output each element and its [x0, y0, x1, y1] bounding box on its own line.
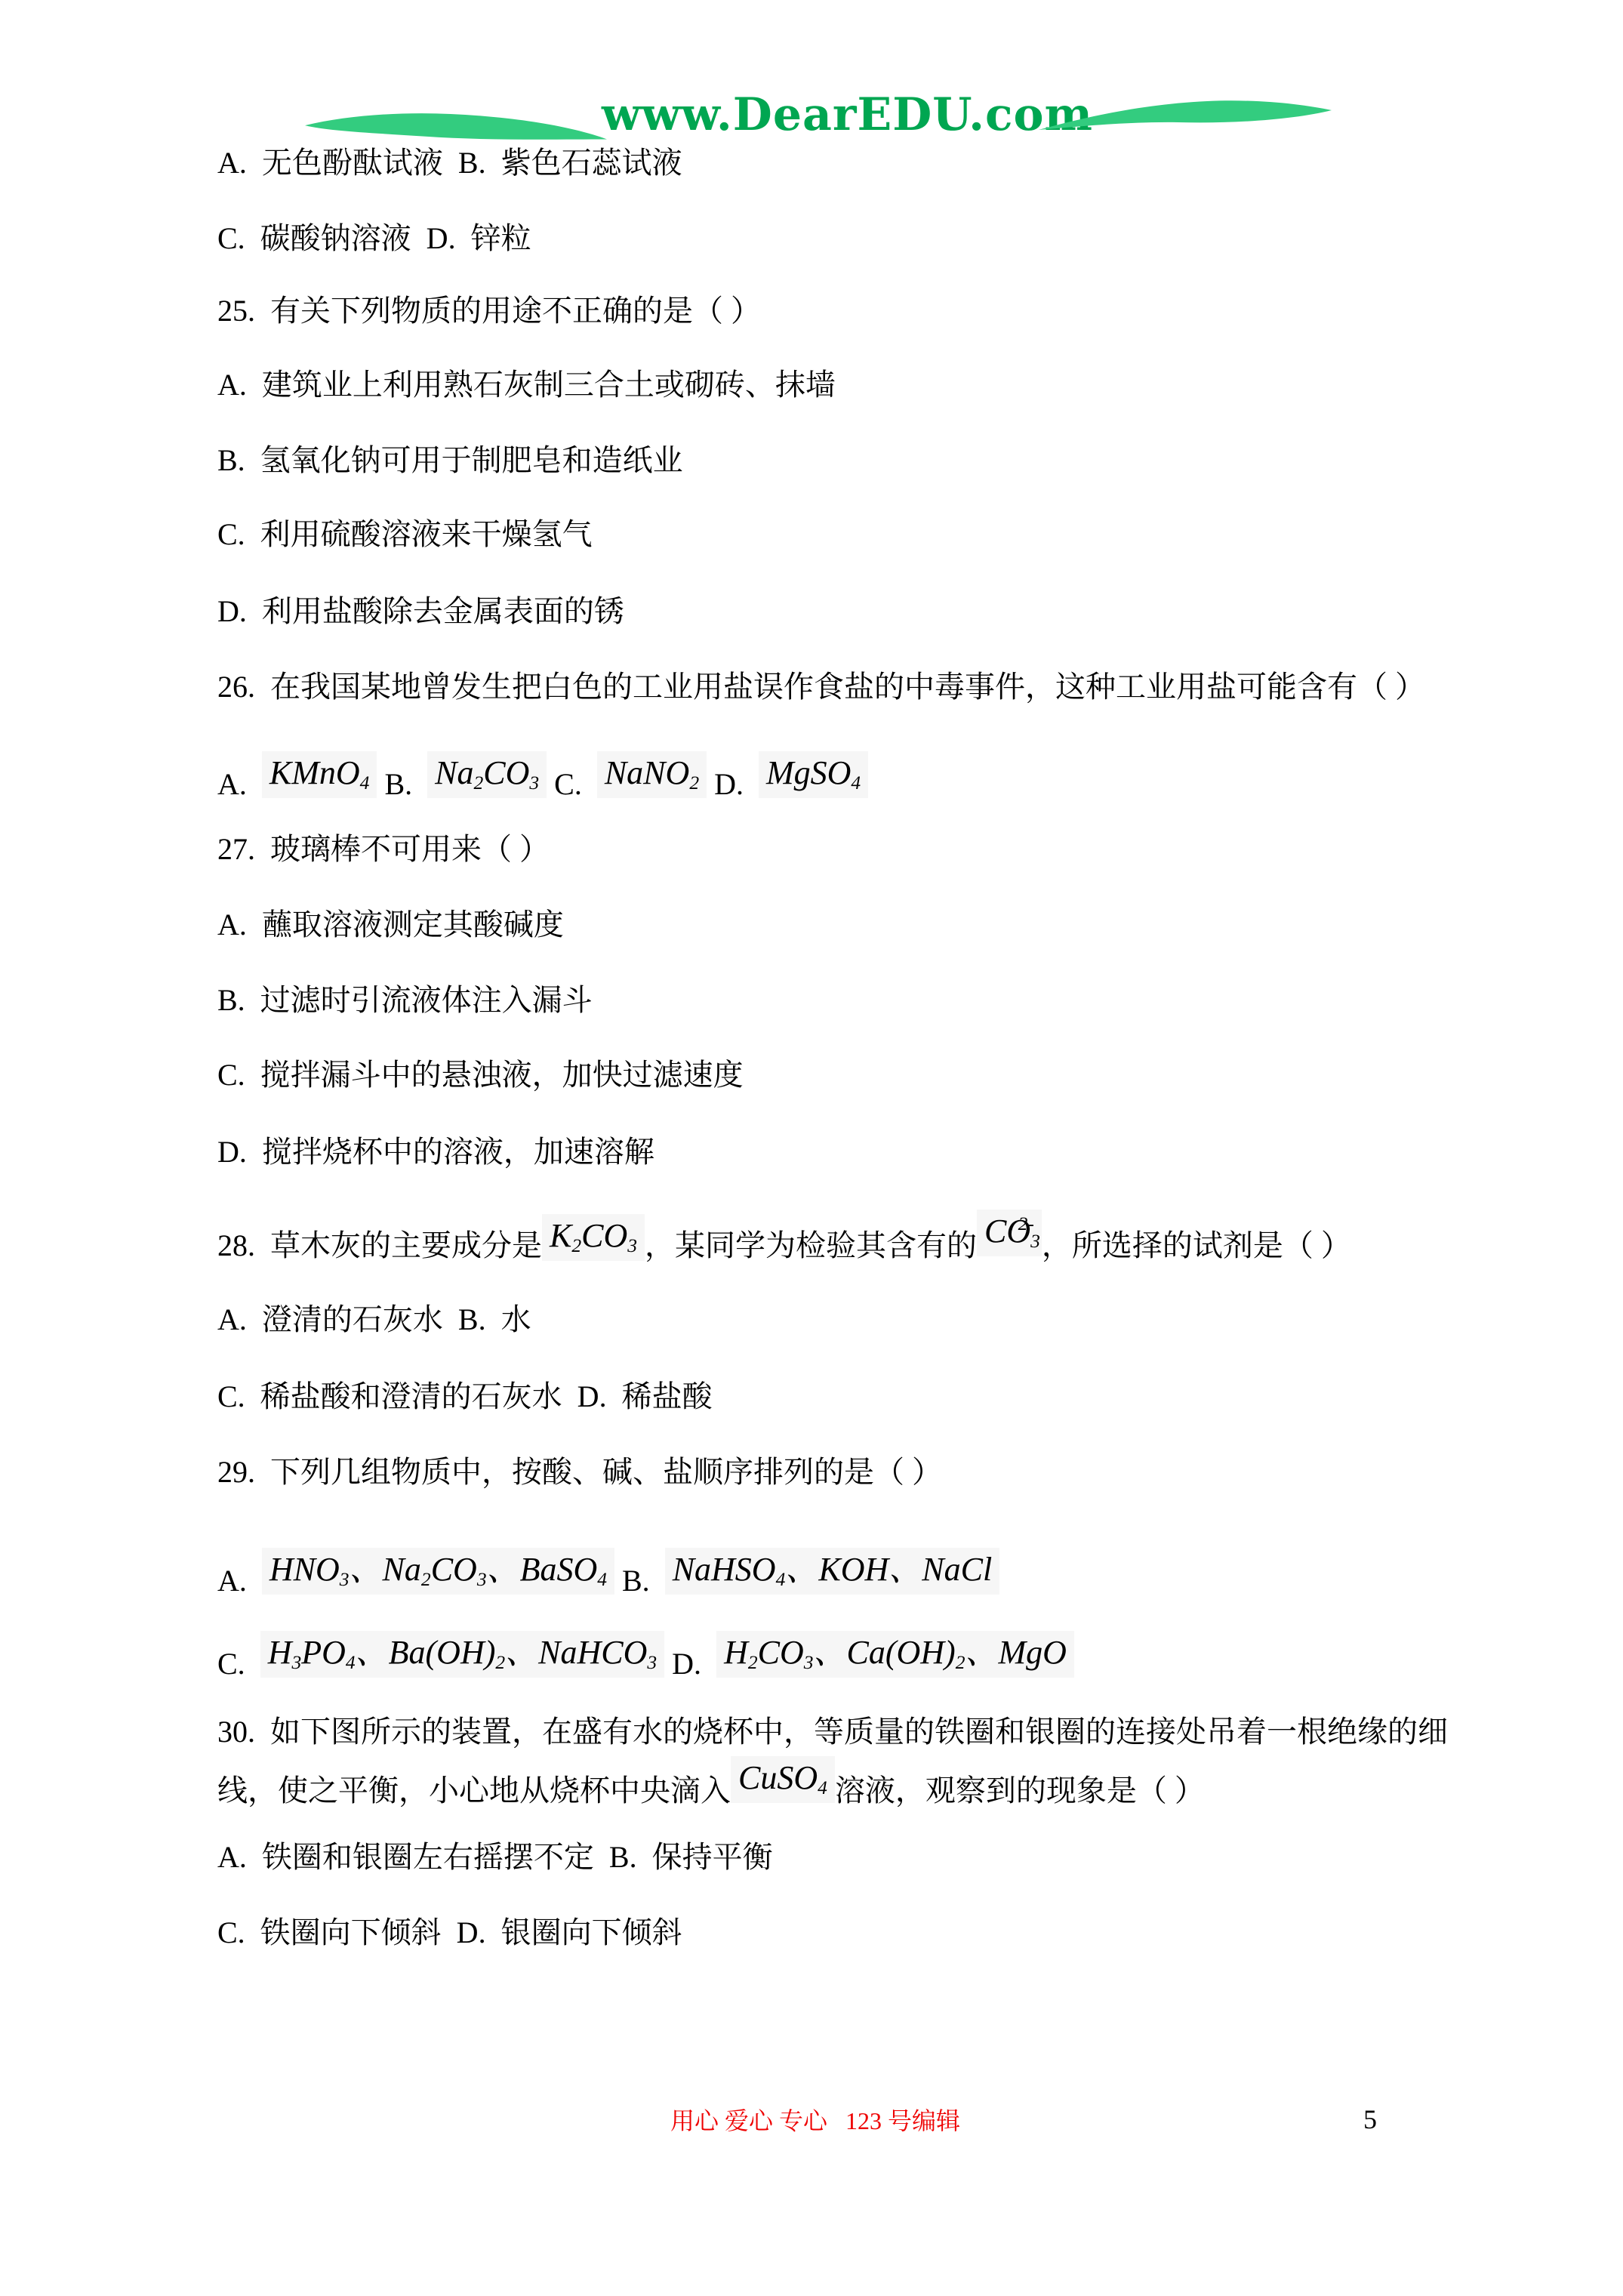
q28-options-ab: A. 澄清的石灰水 B. 水 [217, 1305, 531, 1335]
chem-formula: NaNO2 [597, 751, 707, 798]
q27-option-c: C. 搅拌漏斗中的悬浊液，加快过滤速度 [217, 1060, 744, 1090]
text-segment: 27. 玻璃棒不可用来（ ） [217, 832, 550, 866]
question-29: 29. 下列几组物质中，按酸、碱、盐顺序排列的是（ ） [217, 1457, 942, 1487]
text-segment: C. 稀盐酸和澄清的石灰水 D. 稀盐酸 [217, 1379, 713, 1413]
text-segment: B. [614, 1564, 665, 1598]
question-30: 30. 如下图所示的装置，在盛有水的烧杯中，等质量的铁圈和银圈的连接处吊着一根绝… [217, 1708, 1474, 1815]
chem-formula: Na2CO3 [427, 751, 547, 798]
text-segment: D. [664, 1647, 716, 1681]
document-page: www.DearEDU.com A. 无色酚酞试液 B. 紫色石蕊试液C. 碳酸… [0, 0, 1623, 2296]
chem-formula: CO32- [977, 1210, 1042, 1256]
dearedu-logo: www.DearEDU.com [0, 0, 1623, 166]
text-segment: C. 碳酸钠溶液 D. 锌粒 [217, 221, 531, 255]
chem-formula: NaHSO4、KOH、NaCl [665, 1548, 1000, 1595]
question-27: 27. 玻璃棒不可用来（ ） [217, 834, 550, 864]
text-segment: B. [377, 767, 427, 801]
logo-swoosh-right-icon [1039, 97, 1332, 134]
logo-swoosh-left-shape [305, 113, 607, 140]
text-segment: A. 建筑业上利用熟石灰制三合土或砌砖、抹墙 [217, 368, 836, 402]
text-segment: 28. 草木灰的主要成分是 [217, 1228, 542, 1262]
text-segment: A. 铁圈和银圈左右摇摆不定 B. 保持平衡 [217, 1840, 773, 1874]
text-segment: A. [217, 1564, 262, 1598]
text-segment: D. [707, 767, 759, 801]
q30-options-cd: C. 铁圈向下倾斜 D. 银圈向下倾斜 [217, 1918, 682, 1948]
chem-formula: CuSO4 [731, 1756, 835, 1803]
q25-option-a: A. 建筑业上利用熟石灰制三合土或砌砖、抹墙 [217, 370, 836, 400]
text-segment: D. 利用盐酸除去金属表面的锈 [217, 594, 624, 628]
logo-swoosh-right-shape [1039, 100, 1332, 130]
chem-formula: K2CO3 [542, 1214, 645, 1261]
text-segment: D. 搅拌烧杯中的溶液，加速溶解 [217, 1135, 654, 1169]
text-segment: 25. 有关下列物质的用途不正确的是（ ） [217, 294, 761, 328]
text-segment: A. [217, 767, 262, 801]
text-segment: B. 过滤时引流液体注入漏斗 [217, 983, 593, 1017]
q25-option-b: B. 氢氧化钠可用于制肥皂和造纸业 [217, 445, 683, 476]
q25-option-d: D. 利用盐酸除去金属表面的锈 [217, 596, 624, 627]
question-28: 28. 草木灰的主要成分是K2CO3，某同学为检验其含有的CO32-，所选择的试… [217, 1210, 1351, 1261]
text-segment: 溶液，观察到的现象是（ ） [835, 1774, 1205, 1808]
question-25: 25. 有关下列物质的用途不正确的是（ ） [217, 296, 761, 326]
q28-options-cd: C. 稀盐酸和澄清的石灰水 D. 稀盐酸 [217, 1382, 713, 1412]
text-segment: A. 无色酚酞试液 B. 紫色石蕊试液 [217, 146, 682, 180]
logo-text: www.DearEDU.com [602, 92, 1093, 137]
chem-formula: MgSO4 [759, 751, 868, 798]
chem-formula: HNO3、Na2CO3、BaSO4 [262, 1548, 614, 1595]
q30-options-ab: A. 铁圈和银圈左右摇摆不定 B. 保持平衡 [217, 1842, 773, 1872]
q29-options-ab: A. HNO3、Na2CO3、BaSO4 B. NaHSO4、KOH、NaCl [217, 1548, 999, 1596]
text-segment: C. 铁圈向下倾斜 D. 银圈向下倾斜 [217, 1915, 682, 1949]
text-segment: 29. 下列几组物质中，按酸、碱、盐顺序排列的是（ ） [217, 1455, 942, 1489]
chem-formula: KMnO4 [262, 751, 377, 798]
text-segment: C. [217, 1647, 260, 1681]
chem-formula: H2CO3、Ca(OH)2、MgO [716, 1631, 1074, 1678]
logo-swoosh-left-icon [305, 109, 607, 143]
page-number: 5 [1363, 2106, 1377, 2133]
text-segment: 26. 在我国某地曾发生把白色的工业用盐误作食盐的中毒事件，这种工业用盐可能含有… [217, 670, 1425, 704]
text-segment: B. 氢氧化钠可用于制肥皂和造纸业 [217, 443, 683, 477]
q26-options: A. KMnO4 B. Na2CO3 C. NaNO2 D. MgSO4 [217, 751, 868, 800]
text-segment: ，所选择的试剂是（ ） [1042, 1228, 1351, 1262]
text-segment: A. 澄清的石灰水 B. 水 [217, 1302, 531, 1336]
q29-options-cd: C. H3PO4、Ba(OH)2、NaHCO3 D. H2CO3、Ca(OH)2… [217, 1631, 1074, 1679]
text-segment: C. 利用硫酸溶液来干燥氢气 [217, 517, 593, 551]
q25-option-c: C. 利用硫酸溶液来干燥氢气 [217, 519, 593, 550]
chem-formula: H3PO4、Ba(OH)2、NaHCO3 [260, 1631, 664, 1678]
text-segment: ，某同学为检验其含有的 [645, 1228, 977, 1262]
options-line-cd: C. 碳酸钠溶液 D. 锌粒 [217, 223, 531, 254]
q27-option-b: B. 过滤时引流液体注入漏斗 [217, 985, 593, 1015]
text-segment: C. [547, 767, 597, 801]
footer-note: 用心 爱心 专心 123 号编辑 [670, 2109, 960, 2133]
q27-option-d: D. 搅拌烧杯中的溶液，加速溶解 [217, 1137, 654, 1167]
q27-option-a: A. 蘸取溶液测定其酸碱度 [217, 910, 564, 940]
text-segment: C. 搅拌漏斗中的悬浊液，加快过滤速度 [217, 1058, 744, 1092]
text-segment: A. 蘸取溶液测定其酸碱度 [217, 908, 564, 942]
question-26: 26. 在我国某地曾发生把白色的工业用盐误作食盐的中毒事件，这种工业用盐可能含有… [217, 672, 1425, 702]
options-line-ab: A. 无色酚酞试液 B. 紫色石蕊试液 [217, 148, 682, 178]
